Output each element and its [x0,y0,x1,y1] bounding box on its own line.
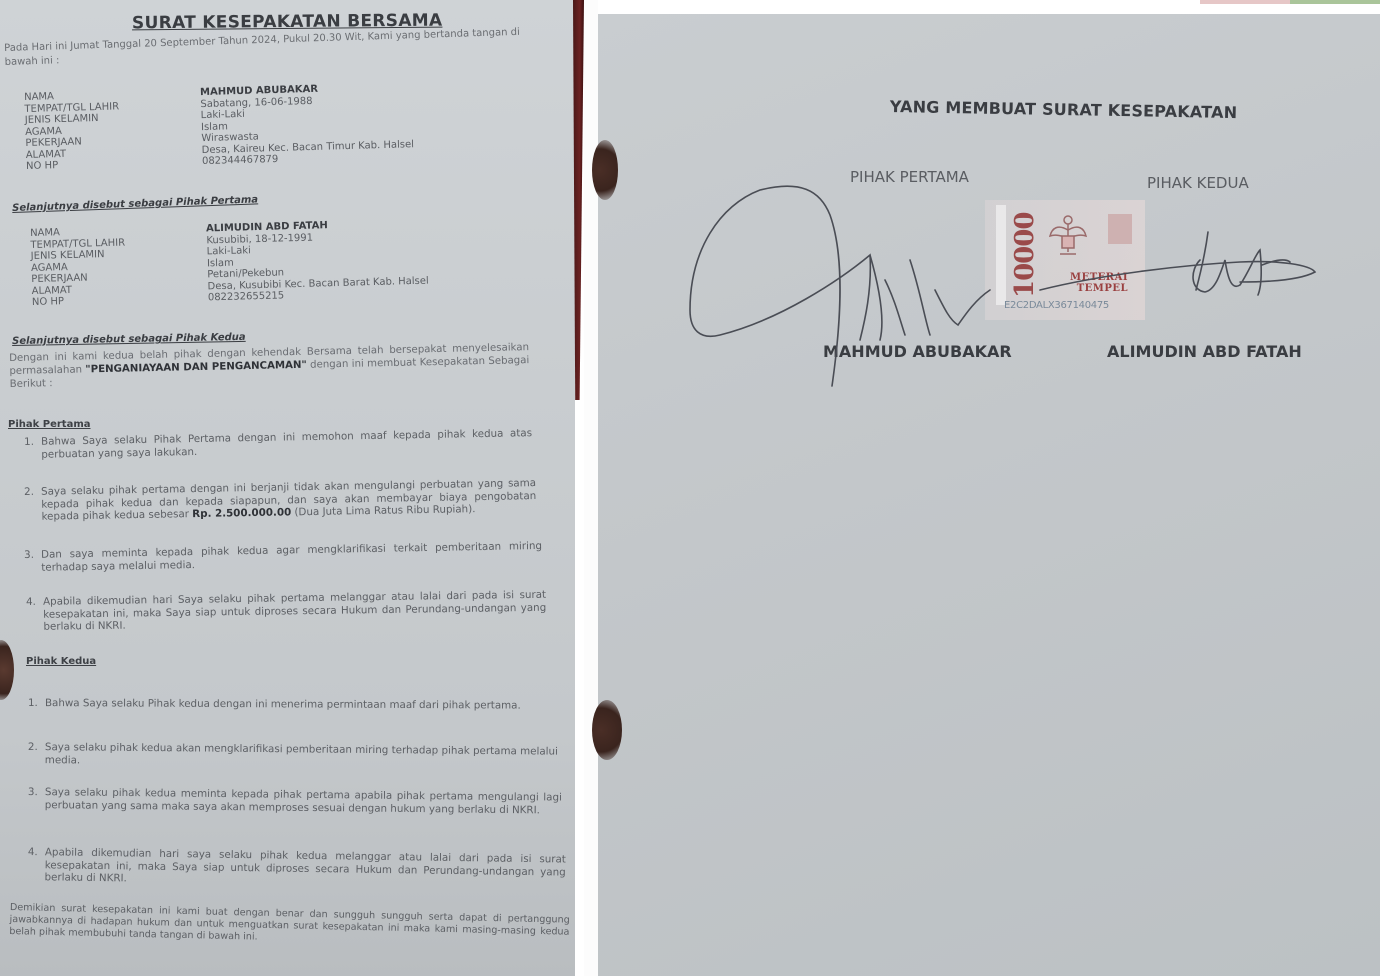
finger-shadow [0,640,14,700]
signature-page [598,14,1380,976]
intro-paragraph: Pada Hari ini Jumat Tanggal 20 September… [4,26,525,70]
party-two-reference: Selanjutnya disebut sebagai Pihak Kedua [12,332,246,347]
identity-value: Islam [201,121,228,133]
pihak-pertama-item-4: 4.Apabila dikemudian hari Saya selaku pi… [26,589,546,634]
identity-value: 082344467879 [202,154,279,168]
background-strip [1200,0,1290,4]
pihak-pertama-item-1: 1.Bahwa Saya selaku Pihak Pertama dengan… [24,427,532,461]
party-one-name: MAHMUD ABUBAKAR [823,342,1012,361]
identity-value: Islam [207,257,234,269]
party-one-identity: NAMAMAHMUD ABUBAKARTEMPAT/TGL LAHIRSabat… [24,81,414,172]
party-two-label: PIHAK KEDUA [1147,174,1249,192]
case-title: "PENGANIAYAAN DAN PENGANCAMAN" [85,360,307,376]
finger-shadow [592,140,618,200]
stamp-serial: E2C2DALX367140475 [1004,300,1109,311]
stamp-value: 10000 [1010,208,1040,298]
identity-value: Laki-Laki [201,109,245,122]
heading-pihak-kedua: Pihak Kedua [26,656,96,667]
pihak-kedua-item-3: 3.Saya selaku pihak kedua meminta kepada… [28,786,562,817]
party-one-label: PIHAK PERTAMA [850,168,969,186]
background-strip [1290,0,1380,4]
identity-value: Laki-Laki [207,245,251,258]
pihak-pertama-item-3: 3.Dan saya meminta kepada pihak kedua ag… [24,540,542,574]
heading-pihak-pertama: Pihak Pertama [8,419,91,430]
party-two-identity: NAMAALIMUDIN ABD FATAHTEMPAT/TGL LAHIRKu… [30,218,429,309]
pihak-kedua-item-1: 1.Bahwa Saya selaku Pihak kedua dengan i… [28,697,554,712]
stamp-security-box [1108,214,1132,244]
agreement-page-left: SURAT KESEPAKATAN BERSAMA Pada Hari ini … [0,0,575,976]
closing-paragraph: Demikian surat kesepakatan ini kami buat… [9,902,570,950]
pihak-kedua-item-4: 4.Apabila dikemudian hari saya selaku pi… [27,846,565,891]
garuda-emblem-icon [1048,212,1088,262]
stamp-hologram-strip [996,205,1006,305]
party-two-name: ALIMUDIN ABD FATAH [1107,342,1302,361]
party-one-reference: Selanjutnya disebut sebagai Pihak Pertam… [12,194,258,214]
finger-shadow [592,700,622,760]
meterai-label: METERAI TEMPEL [1070,272,1128,294]
agreement-intro: Dengan ini kami kedua belah pihak dengan… [9,341,530,391]
payment-amount: Rp. 2.500.000.00 [192,506,291,520]
pihak-pertama-item-2: 2.Saya selaku pihak pertama dengan ini b… [24,477,537,523]
pihak-kedua-item-2: 2.Saya selaku pihak kedua akan mengklari… [28,741,558,771]
identity-value: 082232655215 [208,290,285,303]
